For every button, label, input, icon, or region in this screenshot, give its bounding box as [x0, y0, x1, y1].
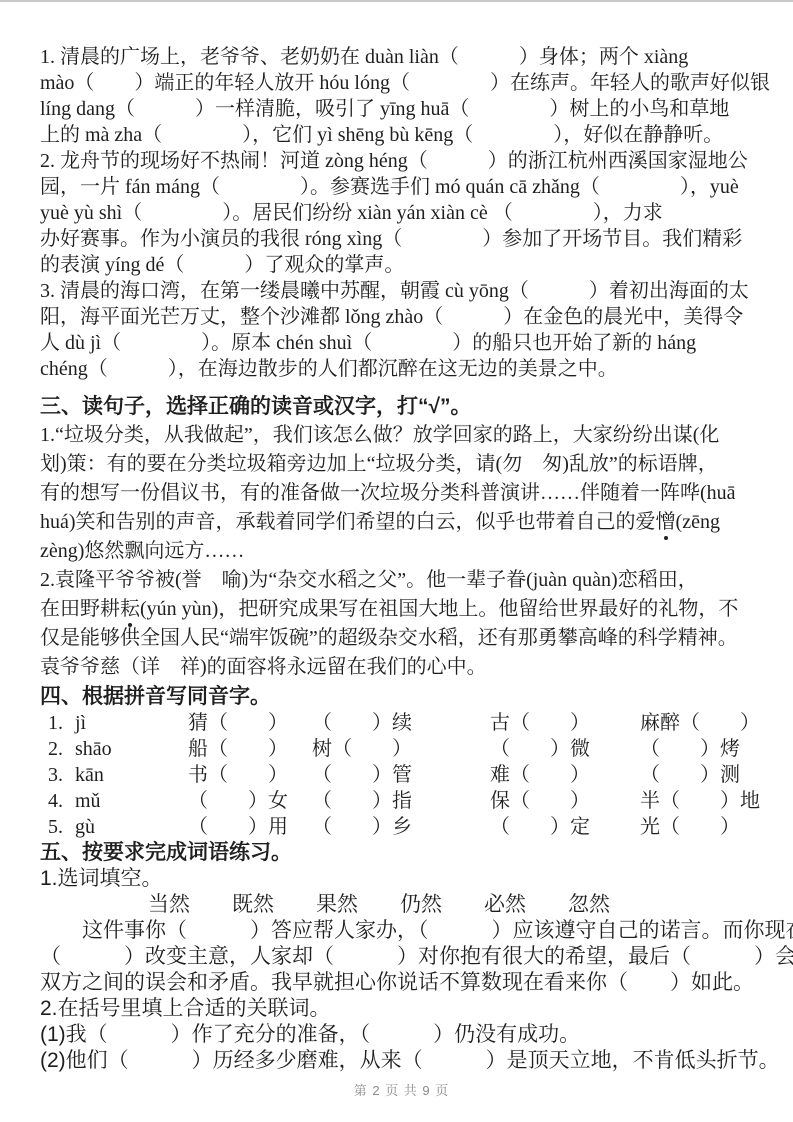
- homophone-blank: 麻醉（ ）: [640, 710, 763, 736]
- section3-item2-line: 袁爷爷慈（详 祥)的面容将永远留在我们的心中。: [40, 653, 763, 682]
- section5-sub1: 1.选词填空。: [40, 866, 763, 892]
- homophone-blank: （ ）指: [312, 788, 490, 814]
- fill-blank-line: 双方之间的误会和矛盾。我早就担心你说话不算数现在看来你（ ）如此。: [40, 970, 763, 996]
- paragraph3-line: 阳，海平面光芒万丈，整个沙滩都 lǒng zhào（ ）在金色的晨光中，美得令: [40, 304, 763, 330]
- section3-item1-line: 划)策：有的要在分类垃圾箱旁边加上“垃圾分类，请(勿 匆)乱放”的标语牌，: [40, 450, 763, 479]
- row-pinyin: shāo: [75, 736, 188, 762]
- section3-item2-line: 在田野耕耘(yún yùn)，把研究成果写在祖国大地上。他留给世界最好的礼物，不: [40, 595, 763, 624]
- section-pinyin-paragraphs: 1. 清晨的广场上，老爷爷、老奶奶在 duàn liàn（ ）身体；两个 xià…: [40, 44, 763, 382]
- line-segment: huá)笑和告别的声音，承载着同学们希望的白云，似乎也带着自己的爱: [40, 511, 656, 533]
- homophone-blank: 古（ ）: [490, 710, 640, 736]
- line-segment: (yún yùn)，把研究成果写在祖国大地上。他留给世界最好的礼物，不: [140, 598, 738, 620]
- conjunction-line: (2)他们（ ）历经多少磨难，从来（ ）是顶天立地，不肯低头折节。: [40, 1048, 763, 1074]
- homophone-blank: （ ）乡: [312, 814, 490, 840]
- paragraph3-line: 3. 清晨的海口湾，在第一缕晨曦中苏醒，朝霞 cù yōng（ ）着初出海面的太: [40, 278, 763, 304]
- section3-item1-line: huá)笑和告别的声音，承载着同学们希望的白云，似乎也带着自己的爱憎(zēng: [40, 508, 763, 537]
- section5-sub2: 2.在括号里填上合适的关联词。: [40, 996, 763, 1022]
- homophone-blank: 难（ ）: [490, 762, 640, 788]
- homophone-blank: 光（ ）: [640, 814, 763, 840]
- homophone-blank: （ ）女: [188, 788, 312, 814]
- homophone-blank: 保（ ）: [490, 788, 640, 814]
- paragraph3-line: 人 dù jì（ ）。原本 chén shuì（ ）的船只也开始了新的 háng: [40, 330, 763, 356]
- section3-item2-line: 仅是能够供全国人民“端牢饭碗”的超级杂交水稻，还有那勇攀高峰的科学精神。: [40, 624, 763, 653]
- page-number: 第 2 页 共 9 页: [40, 1080, 763, 1099]
- row-number: 5.: [48, 814, 75, 840]
- section4-heading: 四、根据拼音写同音字。: [40, 684, 763, 710]
- paragraph1-line: 1. 清晨的广场上，老爷爷、老奶奶在 duàn liàn（ ）身体；两个 xià…: [40, 44, 763, 70]
- homophone-blank: （ ）烤: [640, 736, 763, 762]
- word-bank: 当然 既然 果然 仍然 必然 忽然: [40, 892, 763, 918]
- homophone-row: 2. shāo 船（ ） 树（ ） （ ）微 （ ）烤: [40, 736, 763, 762]
- fill-blank-line: 这件事你（ ）答应帮人家办，（ ）应该遵守自己的诺言。而你现在: [40, 918, 763, 944]
- emphasized-char: 憎: [656, 508, 676, 537]
- section3-items: 1.“垃圾分类，从我做起”，我们该怎么做？放学回家的路上，大家纷纷出谋(化 划)…: [40, 421, 763, 682]
- paragraph1-line: líng dang（ ）一样清脆，吸引了 yīng huā（ ）树上的小鸟和草地: [40, 96, 763, 122]
- paragraph2-line: 园，一片 fán máng（ ）。参赛选手们 mó quán cā zhǎng（…: [40, 174, 763, 200]
- row-pinyin: kān: [75, 762, 188, 788]
- conjunction-line: (1)我（ ）作了充分的准备，（ ）仍没有成功。: [40, 1022, 763, 1048]
- row-pinyin: jì: [75, 710, 188, 736]
- row-pinyin: mǔ: [75, 788, 188, 814]
- section3-item1-line: 有的想写一份倡议书，有的准备做一次垃圾分类科普演讲……伴随着一阵哗(huā: [40, 479, 763, 508]
- paragraph1-line: mào（ ）端正的年轻人放开 hóu lóng（ ）在练声。年轻人的歌声好似银: [40, 70, 763, 96]
- homophone-blank: （ ）测: [640, 762, 763, 788]
- row-number: 1.: [48, 710, 75, 736]
- homophone-blank: 半（ ）地: [640, 788, 763, 814]
- worksheet-content: 1. 清晨的广场上，老爷爷、老奶奶在 duàn liàn（ ）身体；两个 xià…: [0, 2, 793, 1099]
- homophone-row: 1. jì 猜（ ） （ ）续 古（ ） 麻醉（ ）: [40, 710, 763, 736]
- section3-item1-line: 1.“垃圾分类，从我做起”，我们该怎么做？放学回家的路上，大家纷纷出谋(化: [40, 421, 763, 450]
- homophone-table: 1. jì 猜（ ） （ ）续 古（ ） 麻醉（ ） 2. shāo 船（ ） …: [40, 710, 763, 840]
- homophone-blank: 船（ ）: [188, 736, 312, 762]
- paragraph2-line: yuè yù shì（ ）。居民们纷纷 xiàn yán xiàn cè （ ）…: [40, 200, 763, 226]
- paragraph3-line: chéng（ ），在海边散步的人们都沉醉在这无边的美景之中。: [40, 356, 763, 382]
- section5-heading: 五、按要求完成词语练习。: [40, 840, 763, 866]
- worksheet-page: 1. 清晨的广场上，老爷爷、老奶奶在 duàn liàn（ ）身体；两个 xià…: [0, 0, 793, 1122]
- row-pinyin: gù: [75, 814, 188, 840]
- section3-heading: 三、读句子，选择正确的读音或汉字，打“√”。: [40, 393, 763, 421]
- paragraph2-line: 的表演 yíng dé（ ）了观众的掌声。: [40, 252, 763, 278]
- homophone-row: 4. mǔ （ ）女 （ ）指 保（ ） 半（ ）地: [40, 788, 763, 814]
- paragraph2-line: 办好赛事。作为小演员的我很 róng xìng（ ）参加了开场节目。我们精彩: [40, 226, 763, 252]
- homophone-blank: （ ）续: [312, 710, 490, 736]
- homophone-blank: （ ）定: [490, 814, 640, 840]
- row-number: 2.: [48, 736, 75, 762]
- row-number: 4.: [48, 788, 75, 814]
- homophone-blank: （ ）管: [312, 762, 490, 788]
- paragraph1-line: 上的 mà zha（ ），它们 yì shēng bù kēng（ ），好似在静…: [40, 122, 763, 148]
- homophone-blank: （ ）微: [490, 736, 640, 762]
- fill-blank-line: （ ）改变主意，人家却（ ）对你抱有很大的希望，最后（ ）会造成: [40, 944, 763, 970]
- section3-item1-line: zèng)悠然飘向远方……: [40, 537, 763, 566]
- paragraph2-line: 2. 龙舟节的现场好不热闹！河道 zòng héng（ ）的浙江杭州西溪国家湿地…: [40, 148, 763, 174]
- line-segment: 在田野耕: [40, 598, 120, 620]
- emphasized-char: 耘: [120, 595, 140, 624]
- homophone-row: 3. kān 书（ ） （ ）管 难（ ） （ ）测: [40, 762, 763, 788]
- homophone-blank: 书（ ）: [188, 762, 312, 788]
- homophone-blank: （ ）用: [188, 814, 312, 840]
- homophone-blank: 猜（ ）: [188, 710, 312, 736]
- line-segment: (zēng: [676, 511, 720, 533]
- row-number: 3.: [48, 762, 75, 788]
- homophone-blank: 树（ ）: [312, 736, 490, 762]
- homophone-row: 5. gù （ ）用 （ ）乡 （ ）定 光（ ）: [40, 814, 763, 840]
- section3-item2-line: 2.袁隆平爷爷被(誉 喻)为“杂交水稻之父”。他一辈子眷(juàn quàn)恋…: [40, 566, 763, 595]
